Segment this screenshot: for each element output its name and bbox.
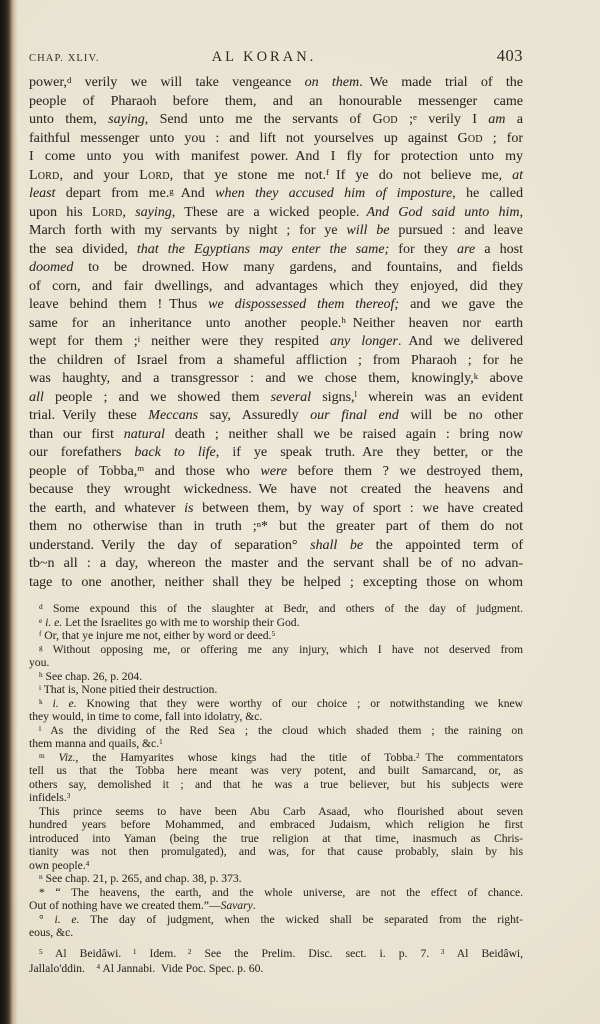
running-header: CHAP. XLIV. AL KORAN. 403 <box>29 46 523 64</box>
text-line: introduced into Yaman (being the true re… <box>29 832 523 846</box>
page-content: CHAP. XLIV. AL KORAN. 403 power,d verily… <box>29 46 523 976</box>
text-line: least depart from me.g And when they acc… <box>29 185 523 204</box>
text-line: people of Tobba,m and those who were bef… <box>29 463 523 482</box>
text-line: same for an inheritance unto another peo… <box>29 315 523 334</box>
text-line: 5 Al Beidâwi. 1 Idem. 2 See the Prelim. … <box>29 946 523 961</box>
text-line: tell us that the Tobba here meant was ve… <box>29 764 523 778</box>
chapter-label: CHAP. XLIV. <box>29 53 100 64</box>
text-line: all people ; and we showed them several … <box>29 389 523 408</box>
body-text: power,d verily we will take vengeance on… <box>29 74 523 592</box>
text-line: f Or, that ye injure me not, either by w… <box>29 629 523 643</box>
text-line: wept for them ;i neither were they respi… <box>29 333 523 352</box>
text-line: our forefathers back to life, if ye spea… <box>29 444 523 463</box>
source-references: 5 Al Beidâwi. 1 Idem. 2 See the Prelim. … <box>29 946 523 976</box>
text-line: g Without opposing me, or offering me an… <box>29 643 523 657</box>
text-line: because they wrought wickedness. We have… <box>29 481 523 500</box>
text-line: h See chap. 26, p. 204. <box>29 670 523 684</box>
text-line: them manna and quails, &c.1 <box>29 737 523 751</box>
text-line: l As the dividing of the Red Sea ; the c… <box>29 724 523 738</box>
footnotes: d Some expound this of the slaughter at … <box>29 602 523 940</box>
text-line: they would, in time to come, fall into i… <box>29 710 523 724</box>
text-line: trial. Verily these Meccans say, Assured… <box>29 407 523 426</box>
text-line: Out of nothing have we created them.”—Sa… <box>29 899 523 913</box>
text-line: infidels.3 <box>29 791 523 805</box>
text-line: own people.4 <box>29 859 523 873</box>
text-line: leave behind them ! Thus we dispossessed… <box>29 296 523 315</box>
text-line: I come unto you with manifest power. And… <box>29 148 523 167</box>
text-line: the earth, and whatever is between them,… <box>29 500 523 519</box>
book-page: CHAP. XLIV. AL KORAN. 403 power,d verily… <box>0 0 600 1024</box>
text-line: was haughty, and a transgressor : and we… <box>29 370 523 389</box>
text-line: the children of Israel from a shameful a… <box>29 352 523 371</box>
text-line: eous, &c. <box>29 926 523 940</box>
text-line: faithful messenger unto you : and lift n… <box>29 130 523 149</box>
text-line: ° i. e. The day of judgment, when the wi… <box>29 913 523 927</box>
text-line: k i. e. Knowing that they were worthy of… <box>29 697 523 711</box>
text-line: unto them, saying, Send unto me the serv… <box>29 111 523 130</box>
text-line: tianity was not then promulgated), and w… <box>29 845 523 859</box>
text-line: tage to one another, neither shall they … <box>29 574 523 593</box>
text-line: e i. e. Let the Israelites go with me to… <box>29 616 523 630</box>
text-line: March forth with my servants by night ; … <box>29 222 523 241</box>
text-line: others say, demolished it ; and that he … <box>29 778 523 792</box>
book-gutter-shadow <box>0 0 18 1024</box>
text-line: them no otherwise than in truth ;n* but … <box>29 518 523 537</box>
text-line: m Viz., the Hamyarites whose kings had t… <box>29 751 523 765</box>
text-line: * “ The heavens, the earth, and the whol… <box>29 886 523 900</box>
text-line: n See chap. 21, p. 265, and chap. 38, p.… <box>29 872 523 886</box>
text-line: This prince seems to have been Abu Carb … <box>29 805 523 819</box>
text-line: upon his Lord, saying, These are a wicke… <box>29 204 523 223</box>
page-number: 403 <box>497 46 523 66</box>
text-line: hundred years before Mohammed, and embra… <box>29 818 523 832</box>
text-line: doomed to be drowned. How many gardens, … <box>29 259 523 278</box>
text-line: of corn, and fair dwellings, and advanta… <box>29 278 523 297</box>
text-line: Jallalo'ddin. 4 Al Jannabi. Vide Poc. Sp… <box>29 961 523 976</box>
text-line: i That is, None pitied their destruction… <box>29 683 523 697</box>
text-line: Lord, and your Lord, that ye stone me no… <box>29 167 523 186</box>
text-line: you. <box>29 656 523 670</box>
text-line: than our first natural death ; neither s… <box>29 426 523 445</box>
text-line: the sea divided, that the Egyptians may … <box>29 241 523 260</box>
text-line: understand. Verily the day of separation… <box>29 537 523 556</box>
text-line: tb~n all : a day, whereon the master and… <box>29 555 523 574</box>
text-line: d Some expound this of the slaughter at … <box>29 602 523 616</box>
text-line: people of Pharaoh before them, and an ho… <box>29 93 523 112</box>
page-title: AL KORAN. <box>212 49 317 66</box>
text-line: power,d verily we will take vengeance on… <box>29 74 523 93</box>
